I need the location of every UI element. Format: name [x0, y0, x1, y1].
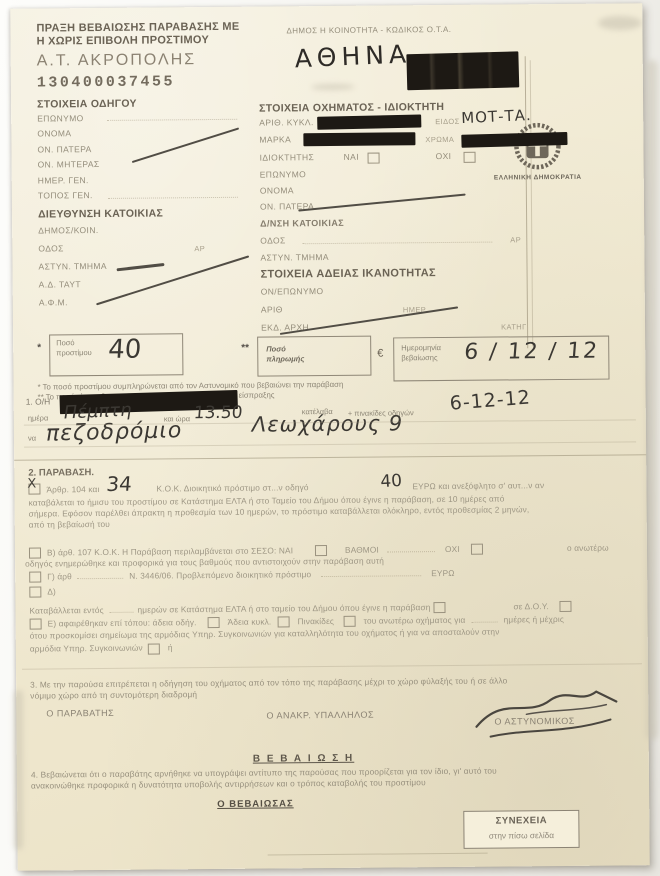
redaction-color: [461, 132, 567, 148]
address-field-street: ΟΔΟΣ: [38, 243, 63, 253]
vehicle-color-label: ΧΡΩΜΑ: [425, 135, 454, 144]
date-label-1: Ημερομηνία: [401, 343, 441, 352]
certification-line2: ανακοινώθηκε προφορικά η δυνατότητα υποβ…: [31, 777, 426, 790]
owner-yes-label: ΝΑΙ: [344, 152, 359, 162]
dotted-leader: [387, 545, 435, 552]
owner-street-label: ΟΔΟΣ: [260, 235, 285, 245]
fine-amount-box: Ποσό προστίμου 40: [49, 333, 183, 376]
violation-c-mid: Ν. 3446/06. Προβλεπόμενο διοικητικό πρόσ…: [129, 569, 311, 581]
address-field-police-dept: ΑΣΤΥΝ. ΤΜΗΜΑ: [38, 261, 107, 272]
violation-b-line2: οδηγός ενημερώθηκε και προφορικά για του…: [25, 556, 384, 569]
dotted-leader: [321, 569, 421, 577]
violation-d-label: Δ): [47, 586, 56, 596]
continue-box: ΣΥΝΕΧΕΙΑ στην πίσω σελίδα: [463, 810, 579, 849]
owner-field-surname: ΕΠΩΝΥΜΟ: [260, 169, 307, 179]
plates-removed-label: Πινακίδες: [298, 616, 335, 626]
document-paper: ΠΡΑΞΗ ΒΕΒΑΙΩΣΗΣ ΠΑΡΑΒΑΣΗΣ ΜΕ Η ΧΩΡΙΣ ΕΠΙ…: [10, 3, 649, 870]
dotted-leader: [108, 191, 238, 199]
section3-line1: 3. Με την παρούσα επιτρέπεται η οδήγηση …: [30, 675, 507, 689]
double-star-marker: **: [241, 343, 249, 354]
form-title-line2: Η ΧΩΡΙΣ ΕΠΙΒΟΛΗ ΠΡΟΣΤΙΜΟΥ: [36, 34, 209, 48]
certification-heading: Β Ε Β Α Ι Ω Σ Η: [253, 753, 355, 765]
licence-category-label: ΚΑΤΗΓ: [501, 322, 527, 331]
slash-mark-driver: [132, 127, 239, 163]
driver-field-surname: ΕΠΩΝΥΜΟ: [37, 113, 84, 123]
scan-streak-right-edge: [646, 60, 658, 740]
municipality-label: ΔΗΜΟΣ Η ΚΟΙΝΟΤΗΤΑ - ΚΩΔΙΚΟΣ Ο.Τ.Α.: [286, 25, 451, 35]
violation-b-tail: ο ανωτέρω: [567, 543, 609, 553]
time-handwritten: 13.50: [193, 403, 243, 423]
licence-section-heading: ΣΤΟΙΧΕΙΑ ΑΔΕΙΑΣ ΙΚΑΝΟΤΗΤΑΣ: [261, 267, 436, 281]
footnote-1: * Το ποσό προστίμου συμπληρώνεται από το…: [38, 380, 344, 392]
owner-residence-label: Δ/ΝΣΗ ΚΑΤΟΙΚΙΑΣ: [260, 218, 344, 229]
driver-field-father: ΟΝ. ΠΑΤΕΡΑ: [37, 144, 91, 154]
violation-d-checkbox: [29, 587, 41, 598]
driver-field-mother: ΟΝ. ΜΗΤΕΡΑΣ: [38, 159, 100, 170]
pay-mid: ημερών σε Κατάστημα ΕΛΤΑ ή στο ταμείο το…: [137, 602, 430, 615]
driver-field-name: ΟΝΟΜΑ: [37, 128, 71, 138]
scan-smudge-top-right: [598, 16, 642, 30]
violation-a-pre: Άρθρ. 104 και: [46, 484, 99, 494]
violation-e-days: ημέρες ή μέχρις: [504, 614, 564, 625]
owner-yes-checkbox: [368, 153, 380, 164]
payment-label-1: Ποσό: [266, 344, 286, 353]
vehicle-owner-label: ΙΔΙΟΚΤΗΤΗΣ: [260, 152, 315, 162]
violation-a-line4: από τη βεβαίωσή του: [29, 519, 110, 530]
offender-signature-label: Ο ΠΑΡΑΒΑΤΗΣ: [46, 708, 114, 719]
address-street-number-label: ΑΡ: [194, 244, 205, 253]
scan-streak-left-edge: [14, 690, 23, 850]
dotted-leader: [302, 236, 492, 245]
address-field-tax-number: Α.Φ.Μ.: [39, 297, 68, 307]
fine-amount-label-1: Ποσό: [56, 338, 74, 347]
circulation-removed-label: Άδεια κυκλ.: [228, 617, 272, 627]
vehicle-section-heading: ΣΤΟΙΧΕΙΑ ΟΧΗΜΑΤΟΣ - ΙΔΙΟΚΤΗΤΗ: [259, 101, 444, 115]
transport-service-checkbox: [148, 643, 160, 654]
scanned-traffic-ticket: { "header": { "title_line1": "ΠΡΑΞΗ ΒΕΒΑ…: [0, 0, 660, 876]
violation-a-check-mark: X: [27, 477, 36, 492]
section-divider-rule: [14, 454, 646, 461]
fold-line-2: [530, 60, 534, 346]
licence-removed-checkbox: [208, 617, 220, 628]
redaction-ota-code: [406, 51, 519, 90]
licence-number-label: ΑΡΙΘ: [261, 304, 283, 314]
address-field-id-card: Α.Δ. ΤΑΥΤ: [39, 279, 81, 289]
violation-e-pre: Ε) αφαιρέθηκαν επί τόπου: άδεια οδήγ.: [48, 617, 197, 628]
form-title-line1: ΠΡΑΞΗ ΒΕΒΑΙΩΣΗΣ ΠΑΡΑΒΑΣΗΣ ΜΕ: [36, 21, 239, 35]
address-field-municipality: ΔΗΜΟΣ/ΚΟΙΝ.: [38, 225, 98, 236]
violation-e-line3: αρμόδια Υπηρ. Συγκοινωνιών: [30, 643, 143, 654]
vehicle-brand-label: ΜΑΡΚΑ: [259, 134, 291, 144]
fine-amount-label-2: προστίμου: [56, 348, 92, 357]
slash-tick-mark: [116, 263, 164, 271]
redaction-plate-number: [317, 114, 421, 129]
vehicle-type-handwritten: ΜΟΤ-ΤΑ.: [461, 106, 532, 127]
offense-handwritten: πεζοδρόμιο: [46, 418, 183, 447]
violation-c-eur: ΕΥΡΩ: [431, 568, 454, 578]
owner-no-label: ΟΧΙ: [436, 151, 452, 161]
dotted-leader: [109, 606, 133, 613]
continue-box-line1: ΣΥΝΕΧΕΙΑ: [464, 815, 578, 827]
star-marker: *: [37, 343, 41, 354]
pay-doy-checkbox: [559, 601, 571, 612]
points-label: ΒΑΘΜΟΙ: [345, 545, 379, 555]
vehicle-reg-label: ΑΡΙΘ. ΚΥΚΛ.: [259, 117, 314, 127]
licence-name-label: ΟΝ/ΕΠΩΝΥΜΟ: [261, 286, 324, 297]
to-label: να: [28, 434, 36, 443]
driver-field-birthdate: ΗΜΕΡ. ΓΕΝ.: [38, 175, 89, 185]
seso-no-checkbox: [471, 544, 483, 555]
municipality-handwritten-value: ΑΘΗΝΑ: [294, 39, 412, 73]
slash-mark-owner: [298, 193, 465, 211]
violation-e-checkbox: [30, 619, 42, 630]
street-handwritten: Λεωχάρους 9: [252, 411, 403, 436]
faint-rule: [22, 663, 642, 669]
violation-c-pre: Γ) άρθ: [47, 571, 72, 581]
certifier-signature-label: Ο ΒΕΒΑΙΩΣΑΣ: [217, 798, 294, 810]
violation-b-checkbox: [29, 548, 41, 559]
certification-date-box: Ημερομηνία βεβαίωσης 6 / 12 / 12: [393, 336, 609, 382]
pay-pre: Καταβάλλεται εντός: [29, 605, 103, 616]
owner-street-number-label: ΑΡ: [510, 235, 521, 244]
hellenic-republic-emblem-icon: [511, 120, 563, 177]
section3-line2: νόμιμο χώρο από τη συντομότερη διαδρομή: [30, 689, 197, 700]
slash-mark-address: [96, 255, 249, 305]
address-section-heading: ΔΙΕΥΘΥΝΣΗ ΚΑΤΟΙΚΙΑΣ: [38, 207, 163, 220]
emblem-caption: ΕΛΛΗΝΙΚΗ ΔΗΜΟΚΡΑΤΙΑ: [480, 174, 596, 182]
stamp-smudge: [311, 84, 355, 90]
owner-field-name: ΟΝΟΜΑ: [260, 185, 294, 195]
serial-number: 130400037455: [37, 73, 175, 91]
slash-mark-licence: [280, 306, 458, 335]
violation-a-tail: ΕΥΡΩ και ανεξόφλητο σ' αυτ...ν αν: [412, 480, 544, 491]
pay-elta-checkbox: [433, 602, 445, 613]
dotted-leader: [472, 616, 498, 623]
owner-no-checkbox: [464, 152, 476, 163]
violation-a-mid: Κ.Ο.Κ. Διοικητικό πρόστιμο στ...ν οδηγό: [156, 482, 308, 493]
driver-section-heading: ΣΤΟΙΧΕΙΑ ΟΔΗΓΟΥ: [37, 98, 137, 111]
date-label-2: βεβαίωσης: [401, 353, 437, 362]
violation-article-handwritten: 34: [105, 472, 132, 496]
police-station: Α.Τ. ΑΚΡΟΠΟΛΗΣ: [37, 51, 197, 70]
dotted-leader: [77, 572, 123, 579]
payment-label-2: πληρωμής: [266, 354, 304, 363]
incident-date-handwritten: 6-12-12: [449, 386, 532, 414]
faint-rule: [268, 853, 488, 856]
violation-c-checkbox: [29, 572, 41, 583]
owner-police-dept-label: ΑΣΤΥΝ. ΤΜΗΜΑ: [260, 252, 329, 263]
seso-yes-checkbox: [315, 545, 327, 556]
violation-e-mid: του ανωτέρω οχήματος για: [364, 615, 466, 626]
certification-line1: 4. Βεβαιώνεται ότι ο παραβάτης αρνήθηκε …: [31, 766, 497, 780]
officer-signature-scribble: [468, 685, 624, 749]
driver-field-birthplace: ΤΟΠΟΣ ΓΕΝ.: [38, 190, 93, 200]
dotted-leader: [107, 113, 237, 121]
section1-prefix: 1. Ο/Η: [26, 396, 51, 406]
pay-doy-label: σε Δ.Ο.Υ.: [513, 601, 548, 611]
seso-no-label: ΟΧΙ: [445, 544, 460, 554]
fine-amount-handwritten: 40: [107, 335, 142, 365]
plates-removed-checkbox: [344, 616, 356, 627]
circulation-removed-checkbox: [278, 616, 290, 627]
violation-e-line2: ότου προσκομίσει σημείωμα της αρμόδιας Υ…: [30, 627, 500, 641]
clerk-signature-label: Ο ΑΝΑΚΡ. ΥΠΑΛΛΗΛΟΣ: [266, 710, 374, 721]
payment-amount-box: Ποσό πληρωμής: [257, 336, 371, 377]
redaction-brand: [303, 132, 415, 146]
euro-symbol: €: [377, 348, 383, 360]
violation-e-or: ή: [168, 642, 173, 652]
vehicle-type-label: ΕΙΔΟΣ: [435, 117, 459, 126]
violation-amount-handwritten: 40: [380, 471, 403, 492]
violation-heading: 2. ΠΑΡΑΒΑΣΗ.: [28, 467, 94, 479]
certification-date-handwritten: 6 / 12 / 12: [463, 339, 600, 365]
continue-box-line2: στην πίσω σελίδα: [464, 830, 578, 841]
